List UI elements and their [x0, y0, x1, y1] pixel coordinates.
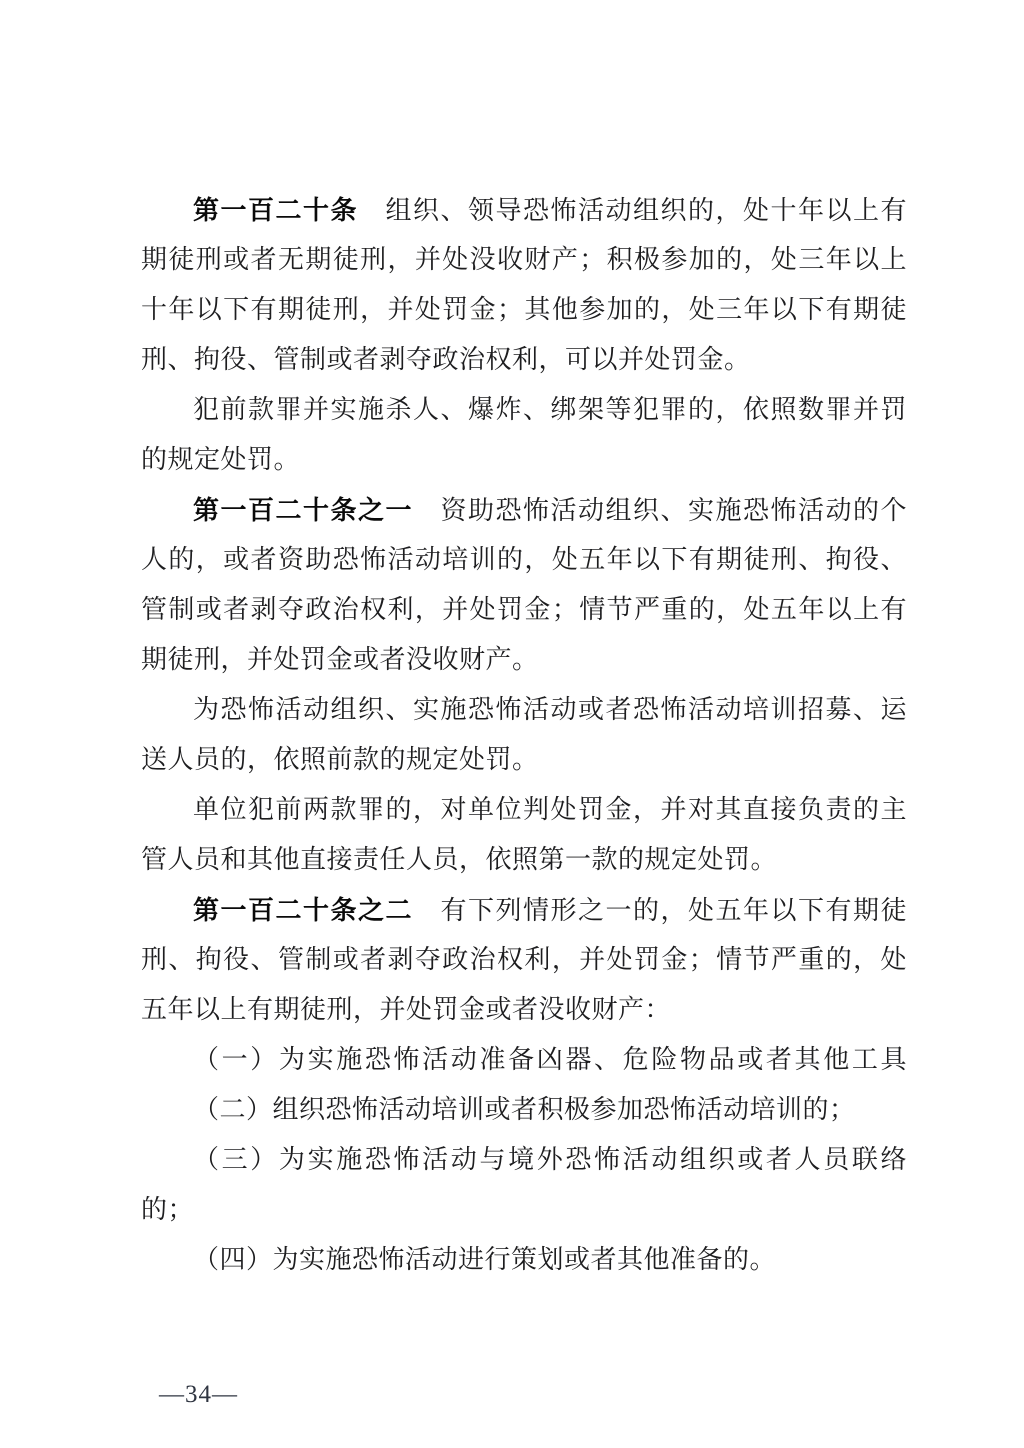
- body-text-run: 犯前款罪并实施杀人、爆炸、绑架等犯罪的，依照数罪并罚: [193, 395, 907, 424]
- text-line: 人的，或者资助恐怖活动培训的，处五年以下有期徒刑、拘役、: [141, 535, 907, 585]
- document-page: 第一百二十条 组织、领导恐怖活动组织的，处十年以上有期徒刑或者无期徒刑，并处没收…: [0, 0, 1024, 1448]
- text-line: 单位犯前两款罪的，对单位判处罚金，并对其直接负责的主: [141, 785, 907, 835]
- body-text-run: （二）组织恐怖活动培训或者积极参加恐怖活动培训的；: [193, 1095, 856, 1124]
- body-text-run: （一）为实施恐怖活动准备凶器、危险物品或者其他工具的；: [193, 1045, 907, 1085]
- page-number: —34—: [159, 1380, 238, 1410]
- body-text-run: 人的，或者资助恐怖活动培训的，处五年以下有期徒刑、拘役、: [141, 545, 907, 574]
- text-line: 犯前款罪并实施杀人、爆炸、绑架等犯罪的，依照数罪并罚: [141, 385, 907, 435]
- text-line: 期徒刑，并处罚金或者没收财产。: [141, 635, 907, 685]
- body-text-run: 单位犯前两款罪的，对单位判处罚金，并对其直接负责的主: [193, 795, 907, 824]
- text-line: 期徒刑或者无期徒刑，并处没收财产；积极参加的，处三年以上: [141, 235, 907, 285]
- body-text-run: 五年以上有期徒刑，并处罚金或者没收财产：: [141, 995, 671, 1024]
- body-text-run: 的规定处罚。: [141, 445, 300, 474]
- body-text-run: 管人员和其他直接责任人员，依照第一款的规定处罚。: [141, 845, 777, 874]
- body-text-run: 刑、拘役、管制或者剥夺政治权利，可以并处罚金。: [141, 345, 751, 374]
- body-text-run: 期徒刑，并处罚金或者没收财产。: [141, 645, 539, 674]
- text-line: 的规定处罚。: [141, 435, 907, 485]
- text-line: 管人员和其他直接责任人员，依照第一款的规定处罚。: [141, 835, 907, 885]
- text-line: 的；: [141, 1185, 907, 1235]
- legal-text-block: 第一百二十条 组织、领导恐怖活动组织的，处十年以上有期徒刑或者无期徒刑，并处没收…: [141, 185, 907, 1285]
- body-text-run: （三）为实施恐怖活动与境外恐怖活动组织或者人员联络: [193, 1145, 907, 1174]
- body-text-run: 有下列情形之一的，处五年以下有期徒: [413, 896, 907, 925]
- body-text-run: 组织、领导恐怖活动组织的，处十年以上有: [358, 196, 907, 225]
- text-line: 送人员的，依照前款的规定处罚。: [141, 735, 907, 785]
- body-text-run: （四）为实施恐怖活动进行策划或者其他准备的。: [193, 1245, 776, 1274]
- text-line: （三）为实施恐怖活动与境外恐怖活动组织或者人员联络: [141, 1135, 907, 1185]
- body-text-run: 的；: [141, 1195, 194, 1224]
- body-text-run: 资助恐怖活动组织、实施恐怖活动的个: [413, 496, 907, 525]
- body-text-run: 十年以下有期徒刑，并处罚金；其他参加的，处三年以下有期徒: [141, 295, 907, 324]
- text-line: 为恐怖活动组织、实施恐怖活动或者恐怖活动培训招募、运: [141, 685, 907, 735]
- text-line: 第一百二十条 组织、领导恐怖活动组织的，处十年以上有: [141, 185, 907, 235]
- article-number-heading: 第一百二十条: [193, 195, 358, 225]
- text-line: （四）为实施恐怖活动进行策划或者其他准备的。: [141, 1235, 907, 1285]
- body-text-run: 为恐怖活动组织、实施恐怖活动或者恐怖活动培训招募、运: [193, 695, 907, 724]
- text-line: 刑、拘役、管制或者剥夺政治权利，可以并处罚金。: [141, 335, 907, 385]
- text-line: 五年以上有期徒刑，并处罚金或者没收财产：: [141, 985, 907, 1035]
- text-line: 管制或者剥夺政治权利，并处罚金；情节严重的，处五年以上有: [141, 585, 907, 635]
- text-line: 第一百二十条之一 资助恐怖活动组织、实施恐怖活动的个: [141, 485, 907, 535]
- article-number-heading: 第一百二十条之二: [193, 895, 413, 925]
- body-text-run: 管制或者剥夺政治权利，并处罚金；情节严重的，处五年以上有: [141, 595, 907, 624]
- text-line: （一）为实施恐怖活动准备凶器、危险物品或者其他工具的；: [141, 1035, 907, 1085]
- article-number-heading: 第一百二十条之一: [193, 495, 413, 525]
- text-line: 刑、拘役、管制或者剥夺政治权利，并处罚金；情节严重的，处: [141, 935, 907, 985]
- body-text-run: 送人员的，依照前款的规定处罚。: [141, 745, 539, 774]
- text-line: 第一百二十条之二 有下列情形之一的，处五年以下有期徒: [141, 885, 907, 935]
- text-line: （二）组织恐怖活动培训或者积极参加恐怖活动培训的；: [141, 1085, 907, 1135]
- text-line: 十年以下有期徒刑，并处罚金；其他参加的，处三年以下有期徒: [141, 285, 907, 335]
- body-text-run: 刑、拘役、管制或者剥夺政治权利，并处罚金；情节严重的，处: [141, 945, 907, 974]
- body-text-run: 期徒刑或者无期徒刑，并处没收财产；积极参加的，处三年以上: [141, 245, 907, 274]
